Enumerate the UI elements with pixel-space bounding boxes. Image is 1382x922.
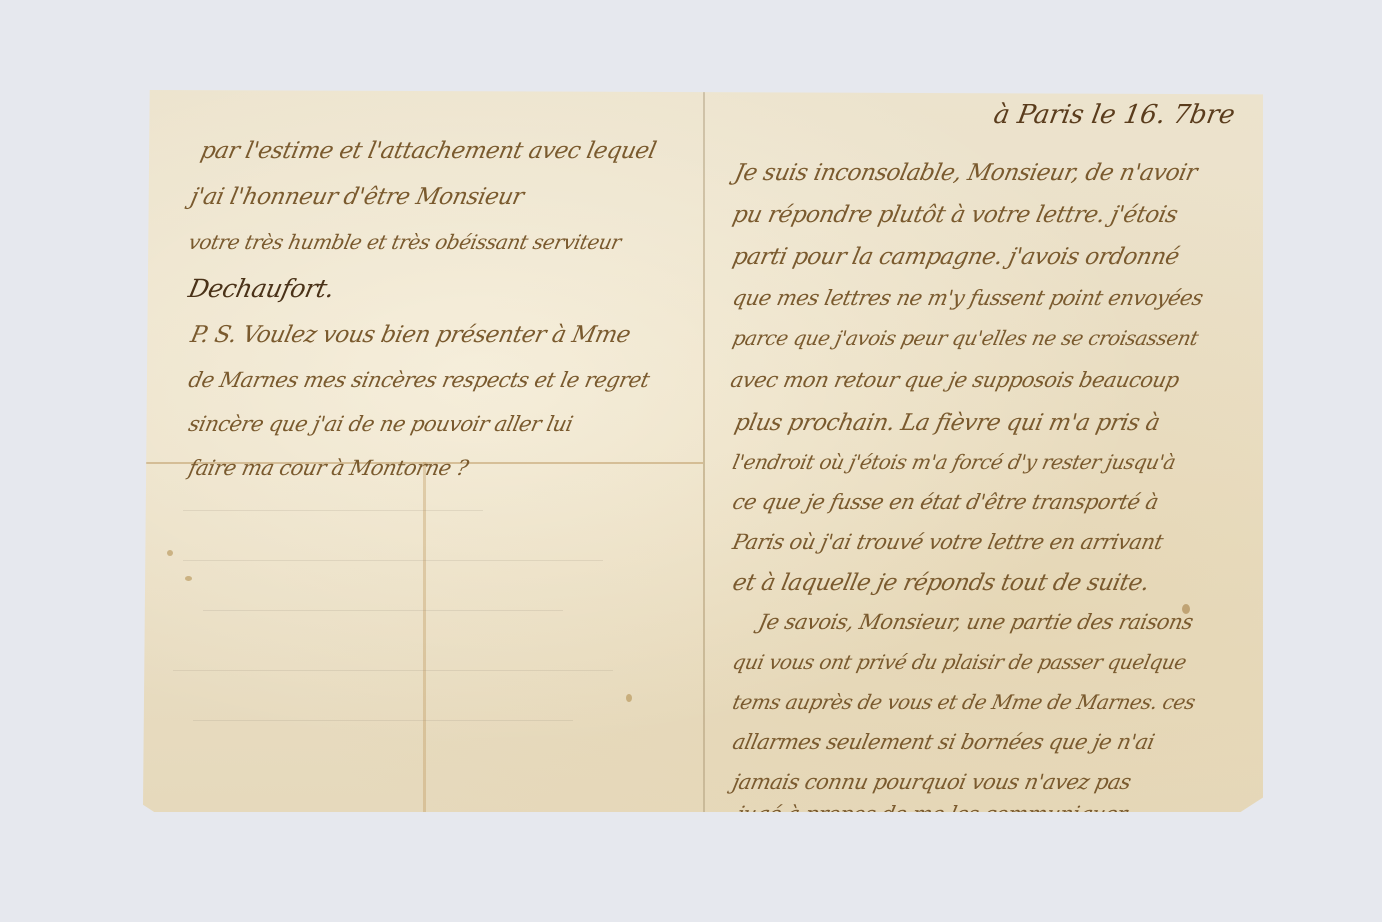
bleed-through [193, 720, 573, 721]
text-line: jamais connu pourquoi vous n'avez pas [730, 770, 1133, 794]
bleed-through [203, 610, 563, 611]
text-line: avec mon retour que je supposois beaucou… [728, 368, 1181, 392]
bleed-through [183, 510, 483, 511]
text-line: P. S. Voulez vous bien présenter à Mme [188, 322, 632, 348]
stain [167, 550, 173, 556]
text-line: Paris où j'ai trouvé votre lettre en arr… [730, 530, 1165, 554]
text-line: Je savois, Monsieur, une partie des rais… [756, 610, 1195, 634]
bleed-through [173, 670, 613, 671]
text-line: votre très humble et très obéissant serv… [186, 230, 623, 254]
stain [626, 694, 632, 702]
stain [1182, 604, 1190, 614]
bleed-through [183, 560, 603, 561]
text-line: parti pour la campagne. j'avois ordonné [730, 244, 1181, 270]
dateline: à Paris le 16. 7bre [992, 100, 1238, 130]
text-line: jugé à propos de me les communiquer. [734, 802, 1133, 826]
text-line: et à laquelle je réponds tout de suite. [730, 570, 1151, 596]
text-line: allarmes seulement si bornées que je n'a… [730, 730, 1156, 754]
text-line: plus prochain. La fièvre qui m'a pris à [732, 410, 1162, 436]
text-line: j'ai l'honneur d'être Monsieur [188, 184, 526, 210]
text-line: de Marnes mes sincères respects et le re… [186, 368, 651, 392]
text-line: que mes lettres ne m'y fussent point env… [730, 286, 1205, 310]
text-line: Je suis inconsolable, Monsieur, de n'avo… [732, 160, 1199, 186]
letter-sheet: par l'estime et l'attachement avec leque… [143, 90, 1263, 812]
text-line: parce que j'avois peur qu'elles ne se cr… [730, 326, 1200, 350]
text-line: par l'estime et l'attachement avec leque… [198, 138, 658, 164]
signature: Dechaufort. [186, 274, 337, 303]
left-page: par l'estime et l'attachement avec leque… [143, 90, 703, 812]
text-line: qui vous ont privé du plaisir de passer … [730, 650, 1188, 674]
right-page: à Paris le 16. 7bre Je suis inconsolable… [705, 90, 1263, 812]
text-line: tems auprès de vous et de Mme de Marnes.… [730, 690, 1197, 714]
text-line: l'endroit où j'étois m'a forcé d'y reste… [730, 450, 1177, 474]
text-line: sincère que j'ai de ne pouvoir aller lui [186, 412, 574, 436]
text-line: pu répondre plutôt à votre lettre. j'éto… [730, 202, 1180, 228]
text-line: faire ma cour à Montorne ? [186, 456, 470, 480]
stain [185, 576, 192, 581]
text-line: ce que je fusse en état d'être transport… [730, 490, 1160, 514]
